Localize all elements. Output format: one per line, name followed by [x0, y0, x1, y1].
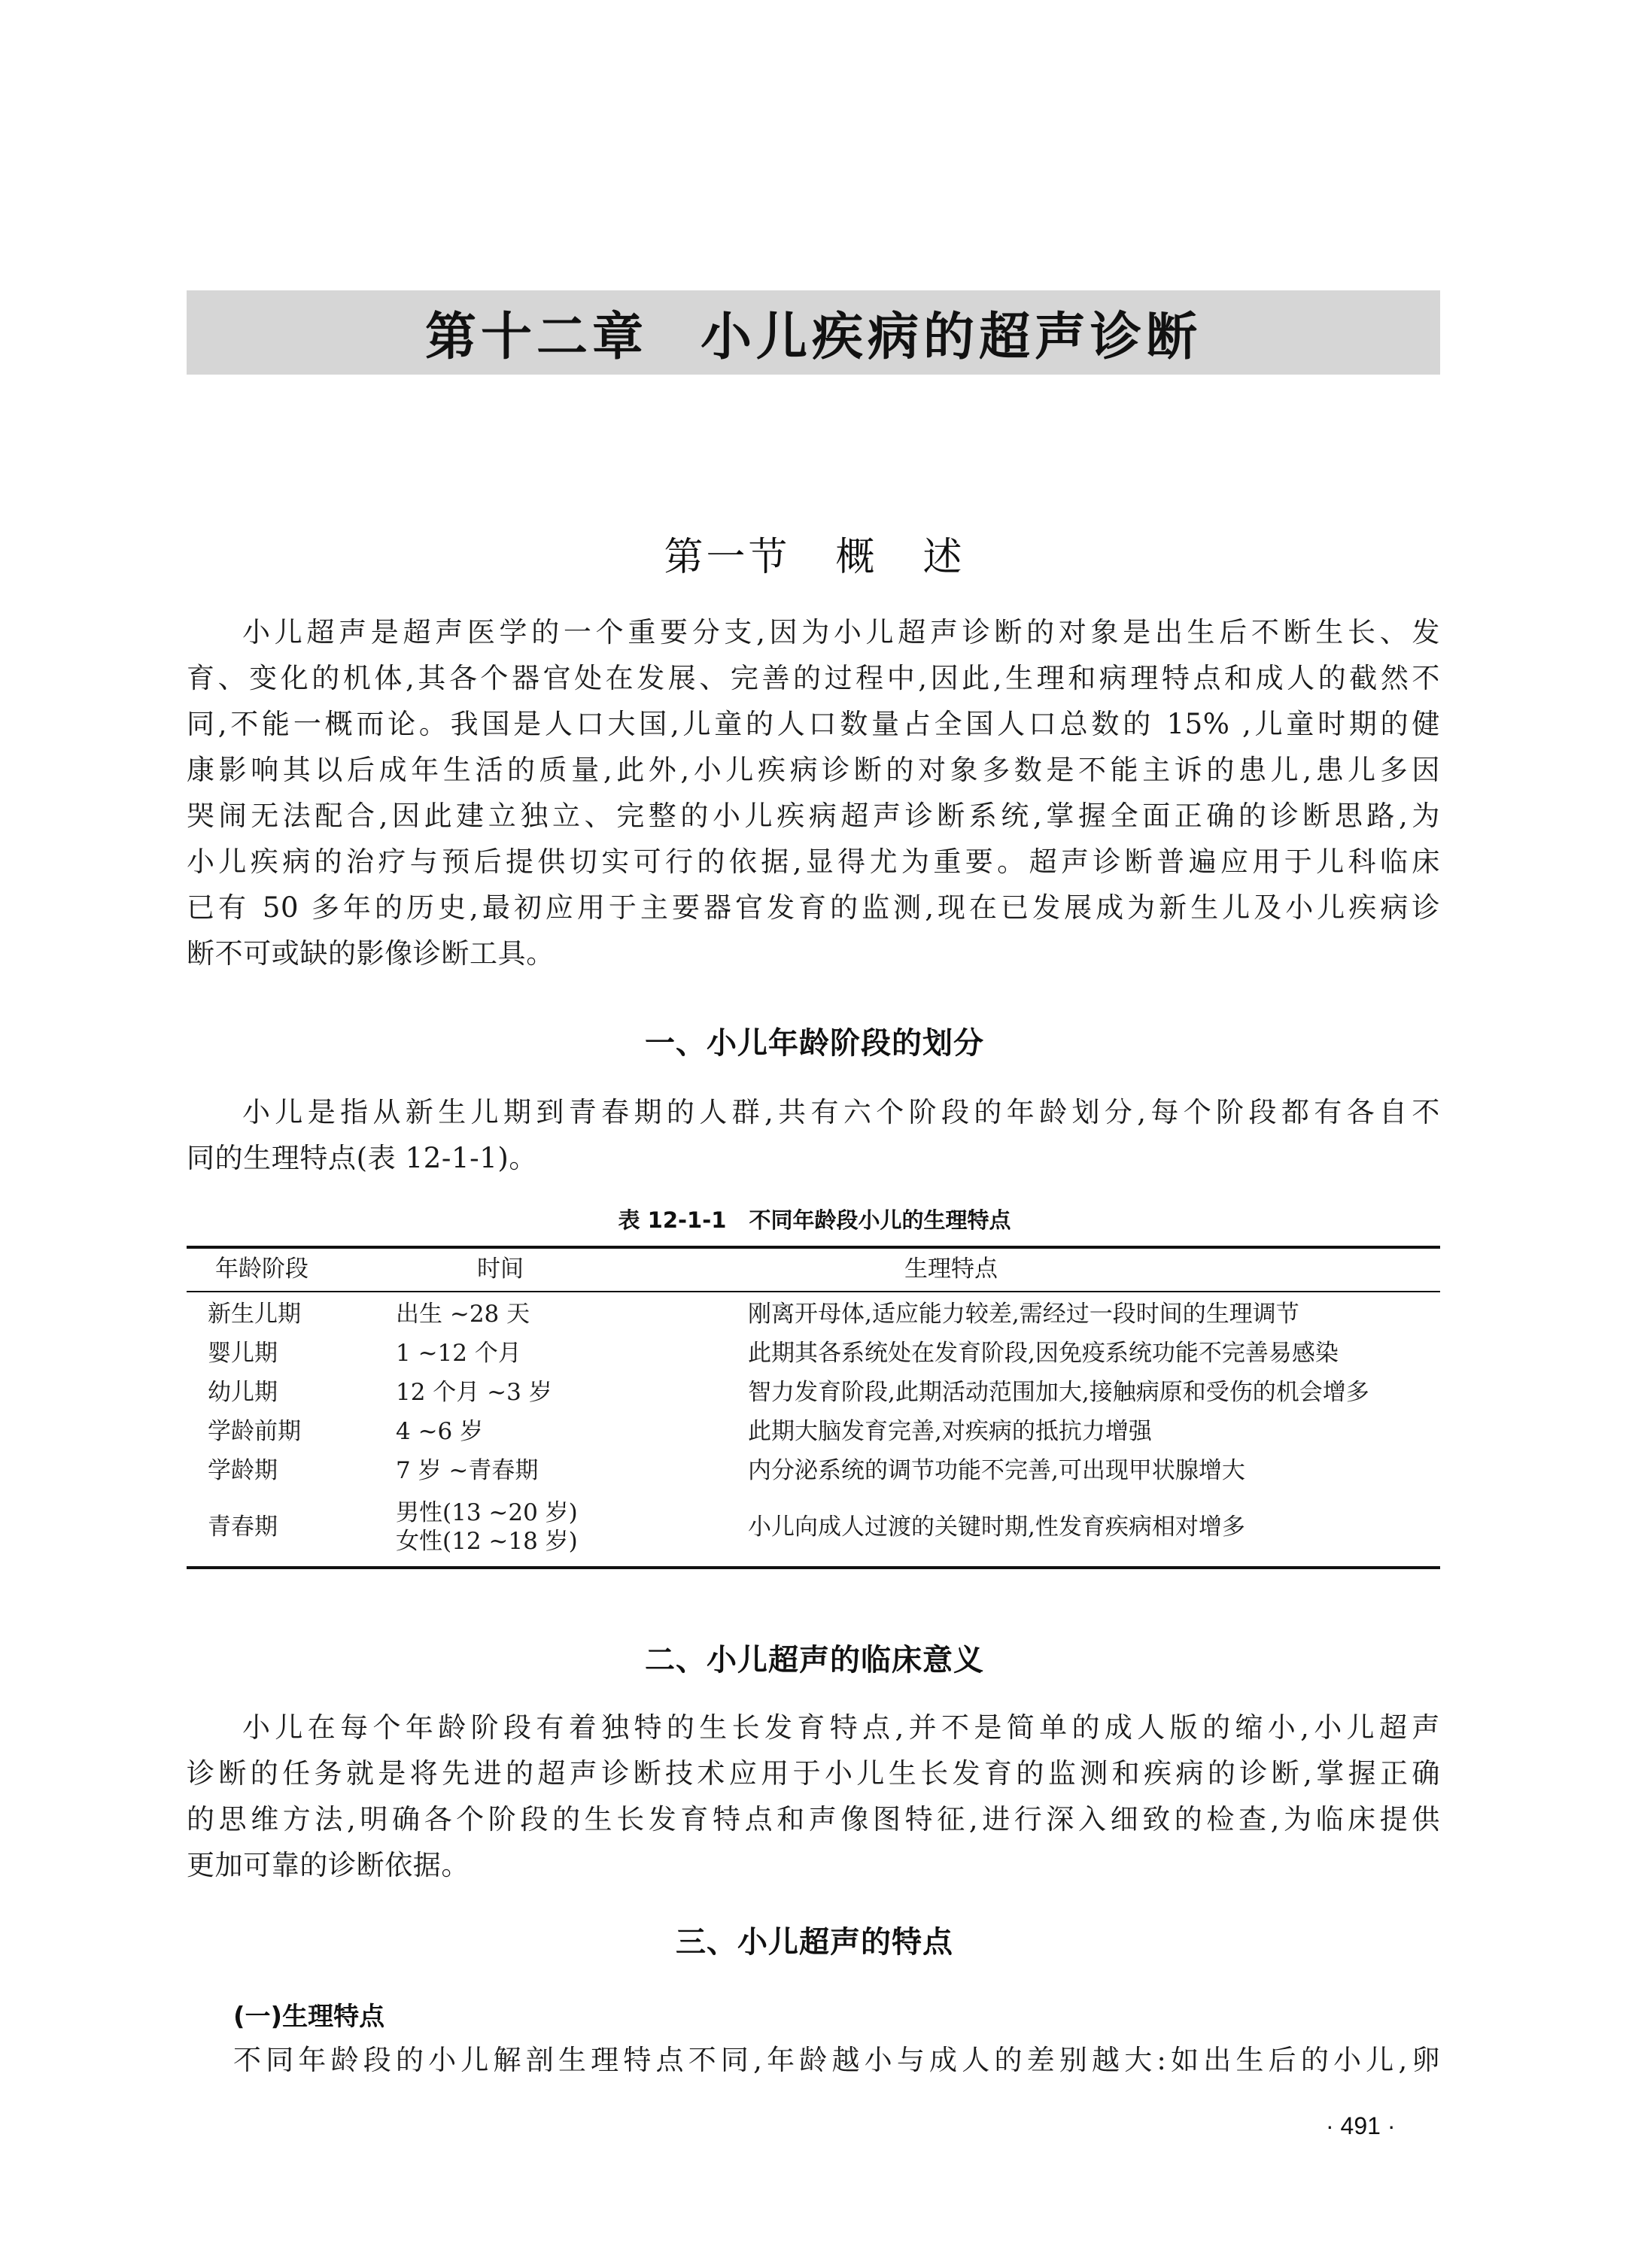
text-line: 小儿是指从新生儿期到青春期的人群,共有六个阶段的年龄划分,每个阶段都有各自不: [187, 1089, 1440, 1135]
subsection-heading-1: 一、小儿年龄阶段的划分: [0, 1019, 1629, 1062]
age-stage-table: 年龄阶段 时间 生理特点 新生儿期 出生 ~28 天 刚离开母体,适应能力较差,…: [187, 1246, 1440, 1569]
chapter-title: 第十二章小儿疾病的超声诊断: [425, 296, 1202, 369]
table-row: 青春期 男性(13 ~20 岁) 女性(12 ~18 岁) 小儿向成人过渡的关键…: [187, 1491, 1440, 1568]
table-header-row: 年龄阶段 时间 生理特点: [187, 1247, 1440, 1292]
page-number: · 491 ·: [1326, 2112, 1395, 2140]
text-line: 育、变化的机体,其各个器官处在发展、完善的过程中,因此,生理和病理特点和成人的截…: [187, 655, 1440, 701]
cell-time: 4 ~6 岁: [396, 1413, 748, 1452]
section-title: 第一节概述: [0, 525, 1629, 581]
text-line: 哭闹无法配合,因此建立独立、完整的小儿疾病超声诊断系统,掌握全面正确的诊断思路,…: [187, 793, 1440, 839]
minor-heading: (一)生理特点: [233, 1996, 384, 2033]
cell-stage: 婴儿期: [187, 1334, 396, 1374]
cell-stage: 学龄前期: [187, 1413, 396, 1452]
text-line: 同的生理特点(表 12-1-1)。: [187, 1135, 1440, 1181]
text-line: 同,不能一概而论。我国是人口大国,儿童的人口数量占全国人口总数的 15% ,儿童…: [187, 701, 1440, 747]
cell-stage: 青春期: [187, 1491, 396, 1568]
table-number: 表 12-1-1: [618, 1207, 727, 1233]
cell-time-male: 男性(13 ~20 岁): [396, 1498, 748, 1527]
text-line: 不同年龄段的小儿解剖生理特点不同,年龄越小与成人的差别越大:如出生后的小儿,卵: [233, 2037, 1440, 2083]
intro-paragraph: 小儿超声是超声医学的一个重要分支,因为小儿超声诊断的对象是出生后不断生长、发 育…: [187, 609, 1440, 976]
text-line: 小儿超声是超声医学的一个重要分支,因为小儿超声诊断的对象是出生后不断生长、发: [187, 609, 1440, 655]
text-line: 小儿疾病的治疗与预后提供切实可行的依据,显得尤为重要。超声诊断普遍应用于儿科临床: [187, 839, 1440, 885]
text-line: 更加可靠的诊断依据。: [187, 1842, 1440, 1888]
cell-stage: 学龄期: [187, 1452, 396, 1491]
cell-stage: 幼儿期: [187, 1374, 396, 1413]
cell-time: 7 岁 ~青春期: [396, 1452, 748, 1491]
cell-time: 男性(13 ~20 岁) 女性(12 ~18 岁): [396, 1491, 748, 1568]
table-row: 幼儿期 12 个月 ~3 岁 智力发育阶段,此期活动范围加大,接触病原和受伤的机…: [187, 1374, 1440, 1413]
text-line: 小儿在每个年龄阶段有着独特的生长发育特点,并不是简单的成人版的缩小,小儿超声: [187, 1705, 1440, 1750]
section-title-char: 述: [923, 535, 965, 580]
cell-time: 出生 ~28 天: [396, 1292, 748, 1334]
chapter-title-bar: 第十二章小儿疾病的超声诊断: [187, 290, 1440, 375]
table-row: 婴儿期 1 ~12 个月 此期其各系统处在发育阶段,因免疫系统功能不完善易感染: [187, 1334, 1440, 1374]
table-caption: 表 12-1-1不同年龄段小儿的生理特点: [0, 1204, 1629, 1234]
text-line: 的思维方法,明确各个阶段的生长发育特点和声像图特征,进行深入细致的检查,为临床提…: [187, 1796, 1440, 1842]
cell-feature: 小儿向成人过渡的关键时期,性发育疾病相对增多: [748, 1491, 1440, 1568]
cell-feature: 智力发育阶段,此期活动范围加大,接触病原和受伤的机会增多: [748, 1374, 1440, 1413]
cell-stage: 新生儿期: [187, 1292, 396, 1334]
chapter-number: 第十二章: [425, 308, 648, 367]
subsection-3-paragraph: 不同年龄段的小儿解剖生理特点不同,年龄越小与成人的差别越大:如出生后的小儿,卵: [233, 2037, 1440, 2083]
header-time: 时间: [396, 1247, 748, 1292]
text-line: 诊断的任务就是将先进的超声诊断技术应用于小儿生长发育的监测和疾病的诊断,掌握正确: [187, 1750, 1440, 1796]
subsection-1-paragraph: 小儿是指从新生儿期到青春期的人群,共有六个阶段的年龄划分,每个阶段都有各自不 同…: [187, 1089, 1440, 1181]
cell-feature: 此期大脑发育完善,对疾病的抵抗力增强: [748, 1413, 1440, 1452]
text-line: 断不可或缺的影像诊断工具。: [187, 931, 1440, 976]
subsection-2-paragraph: 小儿在每个年龄阶段有着独特的生长发育特点,并不是简单的成人版的缩小,小儿超声 诊…: [187, 1705, 1440, 1888]
text-line: 已有 50 多年的历史,最初应用于主要器官发育的监测,现在已发展成为新生儿及小儿…: [187, 885, 1440, 931]
table-row: 新生儿期 出生 ~28 天 刚离开母体,适应能力较差,需经过一段时间的生理调节: [187, 1292, 1440, 1334]
table-row: 学龄期 7 岁 ~青春期 内分泌系统的调节功能不完善,可出现甲状腺增大: [187, 1452, 1440, 1491]
section-number: 第一节: [664, 535, 790, 580]
table-row: 学龄前期 4 ~6 岁 此期大脑发育完善,对疾病的抵抗力增强: [187, 1413, 1440, 1452]
header-stage: 年龄阶段: [187, 1247, 396, 1292]
text-line: 康影响其以后成年生活的质量,此外,小儿疾病诊断的对象多数是不能主诉的患儿,患儿多…: [187, 747, 1440, 793]
cell-feature: 内分泌系统的调节功能不完善,可出现甲状腺增大: [748, 1452, 1440, 1491]
cell-feature: 刚离开母体,适应能力较差,需经过一段时间的生理调节: [748, 1292, 1440, 1334]
cell-feature: 此期其各系统处在发育阶段,因免疫系统功能不完善易感染: [748, 1334, 1440, 1374]
header-feature: 生理特点: [748, 1247, 1440, 1292]
subsection-heading-2: 二、小儿超声的临床意义: [0, 1636, 1629, 1679]
cell-time: 12 个月 ~3 岁: [396, 1374, 748, 1413]
chapter-name: 小儿疾病的超声诊断: [701, 308, 1202, 367]
cell-time: 1 ~12 个月: [396, 1334, 748, 1374]
cell-time-female: 女性(12 ~18 岁): [396, 1527, 748, 1556]
table-title: 不同年龄段小儿的生理特点: [749, 1207, 1011, 1233]
subsection-heading-3: 三、小儿超声的特点: [0, 1918, 1629, 1961]
section-title-char: 概: [835, 535, 877, 580]
